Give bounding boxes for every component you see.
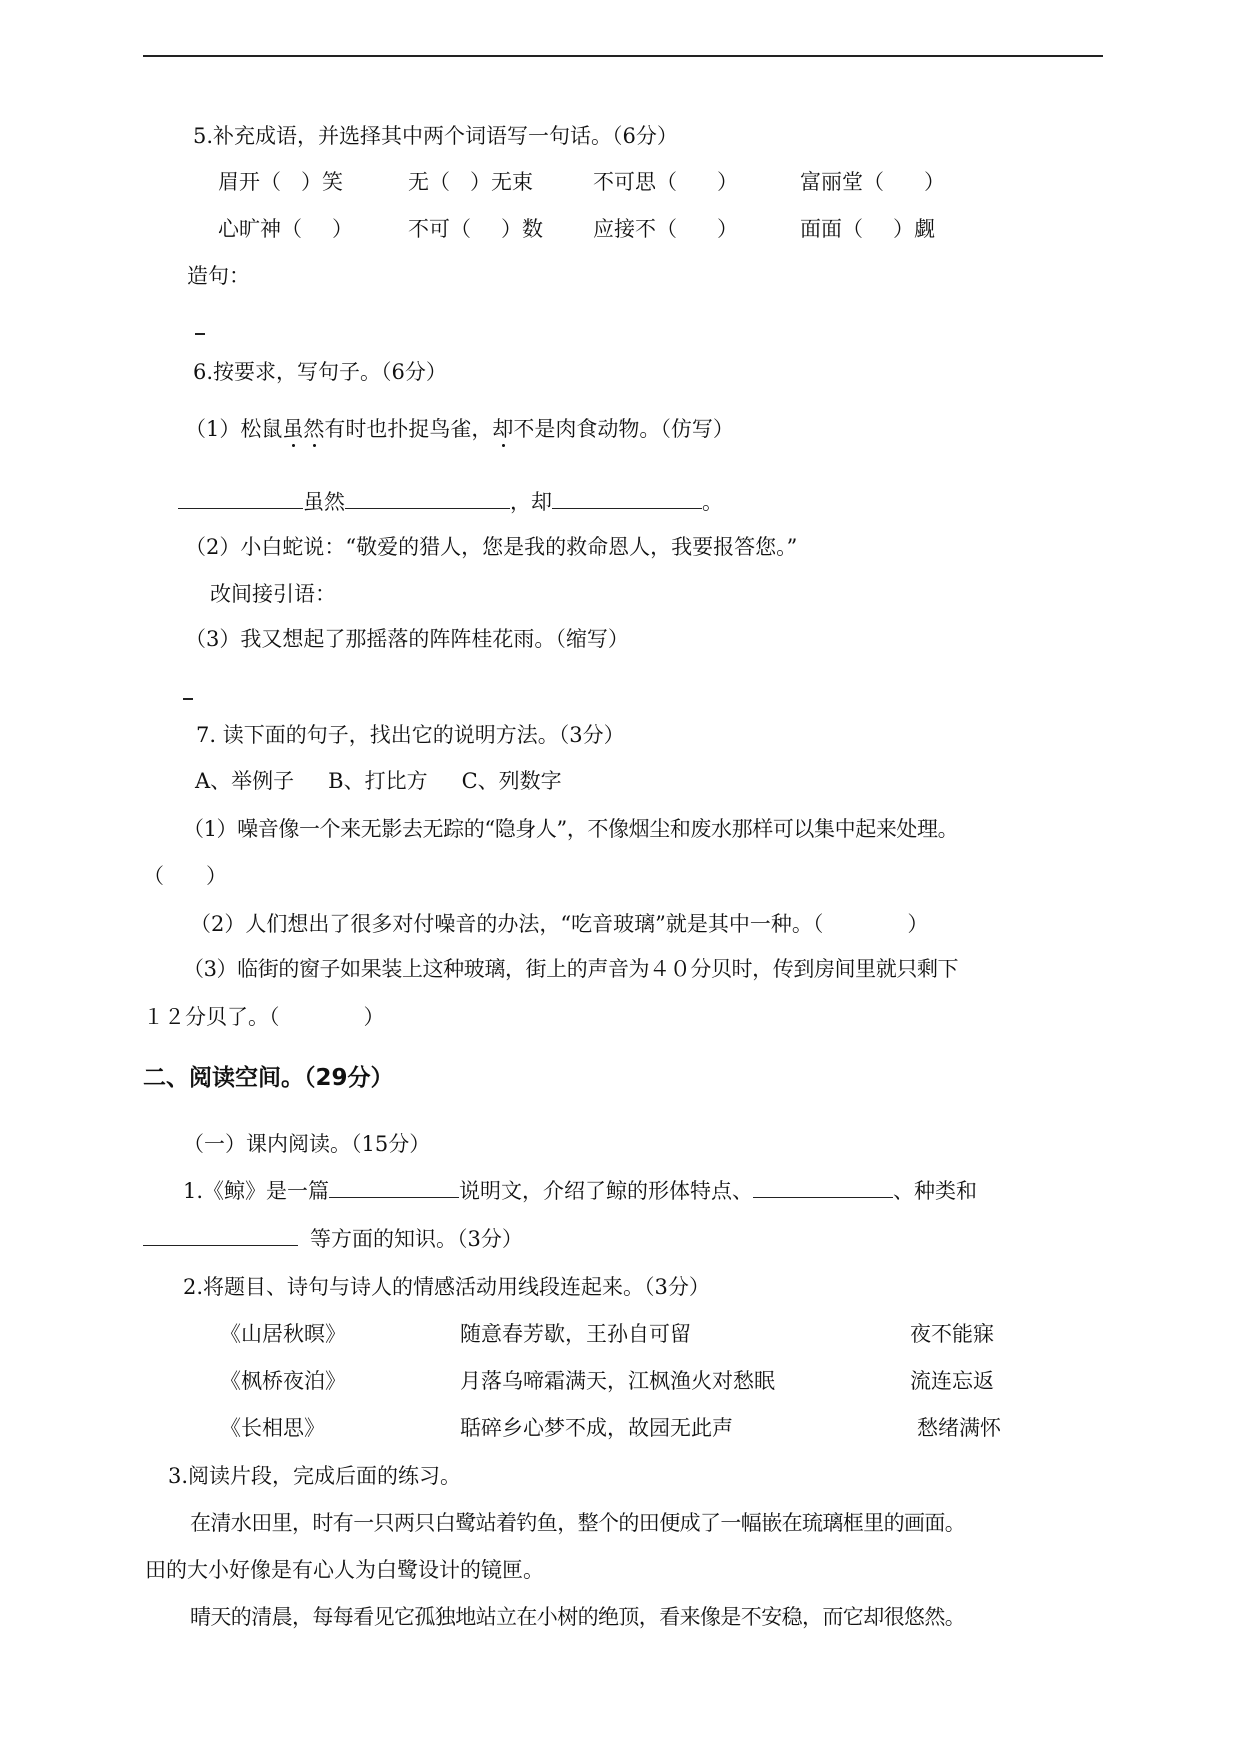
reading-q2-title: 2.将题目、诗句与诗人的情感活动用线段连起来。（3分） <box>183 1273 710 1301</box>
q7-sentence-1: （1）噪音像一个来无影去无踪的“隐身人”，不像烟尘和废水那样可以集中起来处理。 <box>183 815 958 843</box>
q6-title: 6.按要求，写句子。（6分） <box>193 358 447 386</box>
poem-title-1: 《山居秋暝》 <box>220 1320 346 1348</box>
q5-title: 5.补充成语，并选择其中两个词语写一句话。（6分） <box>193 122 678 150</box>
fill-blank-type[interactable] <box>329 1177 459 1198</box>
q7-options: A、举例子B、打比方C、列数字 <box>195 767 562 795</box>
q7-answer-1[interactable]: （ ） <box>143 862 227 890</box>
passage-p1-line2: 田的大小好像是有心人为白鹭设计的镜匣。 <box>145 1556 544 1584</box>
q7-sentence-2: （2）人们想出了很多对付噪音的办法，“吃音玻璃”就是其中一种。（ ） <box>190 910 928 938</box>
poem-verse-3: 聒碎乡心梦不成，故园无此声 <box>460 1414 733 1442</box>
q7-sentence-3-line1: （3）临街的窗子如果装上这种玻璃，街上的声音为４０分贝时，传到房间里就只剩下 <box>183 955 958 983</box>
poem-title-3: 《长相思》 <box>220 1414 325 1442</box>
idiom-2a: 心旷神（） <box>218 215 353 243</box>
option-b: B、打比方 <box>328 769 427 793</box>
q6-item1-fill: 虽然，却。 <box>178 488 723 516</box>
passage-p1-line1: 在清水田里，时有一只两只白鹭站着钓鱼，整个的田便成了一幅嵌在琉璃框里的画面。 <box>190 1509 965 1537</box>
idiom-1a: 眉开（）笑 <box>218 168 343 196</box>
reading-q1-line2: 等方面的知识。（3分） <box>143 1225 523 1253</box>
section-heading: 二、阅读空间。（29分） <box>143 1064 394 1092</box>
idiom-1c: 不可思（） <box>593 168 738 196</box>
q6-item2: （2）小白蛇说：“敬爱的猎人，您是我的救命恩人，我要报答您。” <box>185 533 797 561</box>
subsection-title: （一）课内阅读。（15分） <box>183 1130 430 1158</box>
header-rule <box>143 55 1103 57</box>
poem-title-2: 《枫桥夜泊》 <box>220 1367 346 1395</box>
reading-q1-line1: 1.《鲸》是一篇说明文，介绍了鲸的形体特点、、种类和 <box>183 1177 977 1205</box>
idiom-2b: 不可（）数 <box>408 215 543 243</box>
idiom-2c: 应接不（） <box>593 215 738 243</box>
poem-emotion-1: 夜不能寐 <box>910 1320 994 1348</box>
poem-verse-1: 随意春芳歇，王孙自可留 <box>460 1320 691 1348</box>
idiom-2d: 面面（）觑 <box>800 215 935 243</box>
idiom-1b: 无（）无束 <box>408 168 533 196</box>
q6-item3: （3）我又想起了那摇落的阵阵桂花雨。（缩写） <box>185 625 629 653</box>
idiom-1d: 富丽堂（） <box>800 168 945 196</box>
q6-item1: （1）松鼠虽然有时也扑捉鸟雀，却不是肉食动物。（仿写） <box>185 415 734 443</box>
fill-blank-3[interactable] <box>552 488 702 509</box>
poem-emotion-2: 流连忘返 <box>910 1367 994 1395</box>
option-c: C、列数字 <box>462 769 562 793</box>
passage-p2: 晴天的清晨，每每看见它孤独地站立在小树的绝顶，看来像是不安稳，而它却很悠然。 <box>190 1603 965 1631</box>
make-sentence-label: 造句： <box>187 262 250 290</box>
option-a: A、举例子 <box>195 769 294 793</box>
fill-blank-other[interactable] <box>143 1225 298 1246</box>
fill-blank-2[interactable] <box>345 488 510 509</box>
reading-q3-title: 3.阅读片段，完成后面的练习。 <box>168 1462 461 1490</box>
q7-sentence-3-line2: １２分贝了。（ ） <box>143 1003 385 1031</box>
poem-emotion-3: 愁绪满怀 <box>917 1414 1001 1442</box>
answer-line-q5[interactable] <box>195 333 205 335</box>
poem-verse-2: 月落乌啼霜满天，江枫渔火对愁眠 <box>460 1367 775 1395</box>
fill-blank-habits[interactable] <box>753 1177 893 1198</box>
q6-item2-instruction: 改间接引语： <box>210 580 336 608</box>
fill-blank-1[interactable] <box>178 488 303 509</box>
answer-line-q6[interactable] <box>183 698 193 700</box>
q7-title: 7. 读下面的句子，找出它的说明方法。（3分） <box>196 721 625 749</box>
